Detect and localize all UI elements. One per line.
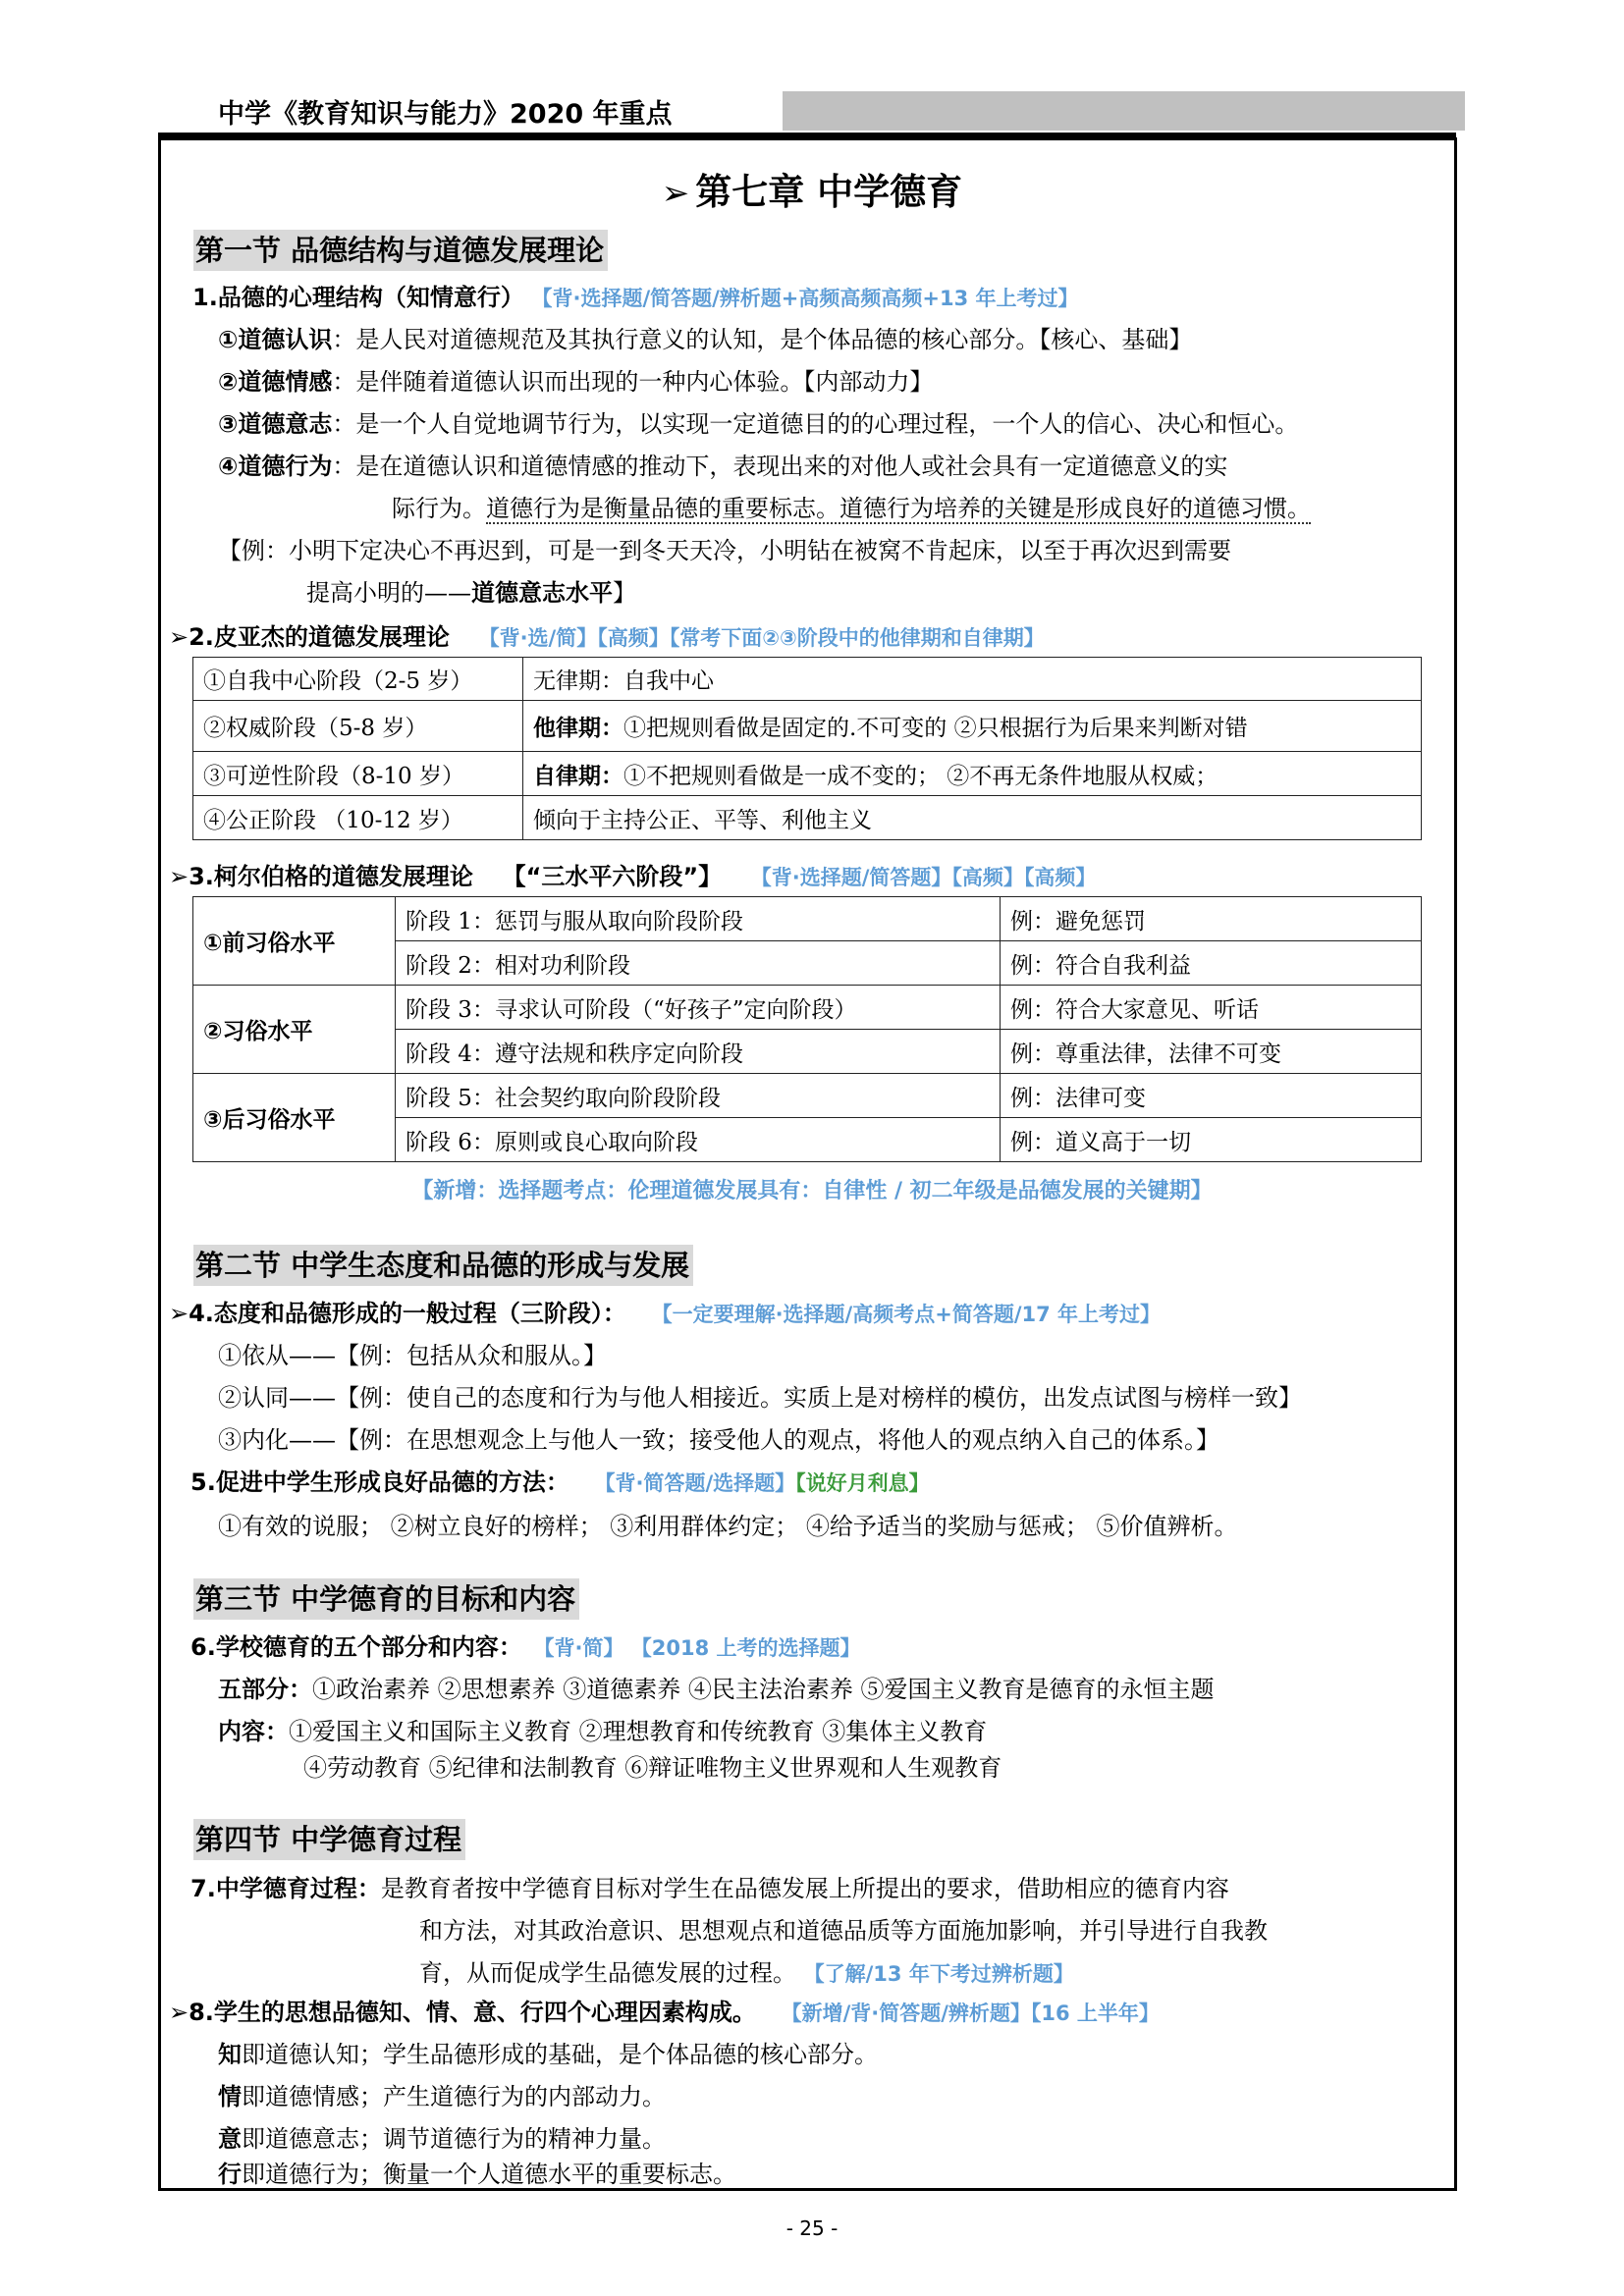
table-row: ②习俗水平 阶段 3：寻求认可阶段（“好孩子”定向阶段） 例：符合大家意见、听话	[193, 986, 1422, 1030]
kohlberg-table: ①前习俗水平 阶段 1：惩罚与服从取向阶段阶段 例：避免惩罚 阶段 2：相对功利…	[192, 896, 1422, 1162]
item-6-title: 6.学校德育的五个部分和内容：	[190, 1633, 522, 1661]
example-line-1: 【例：小明下定决心不再迟到，可是一到冬天天冷，小明钻在被窝不肯起床，以至于再次迟…	[218, 536, 1231, 565]
stage-cell: 阶段 4：遵守法规和秩序定向阶段	[396, 1030, 1001, 1074]
chapter-title-text: 第七章 中学德育	[695, 171, 962, 213]
table-row: ③后习俗水平 阶段 5：社会契约取向阶段阶段 例：法律可变	[193, 1074, 1422, 1118]
factor-text: 即道德情感；产生道德行为的内部动力。	[242, 2083, 666, 2110]
example-cell: 例：道义高于一切	[1001, 1118, 1422, 1162]
item-4-heading: ➢4.态度和品德形成的一般过程（三阶段）： 【一定要理解·选择题/高频考点+简答…	[169, 1299, 1161, 1329]
item-3-subtitle: 【“三水平六阶段”】	[503, 863, 723, 890]
stage-cell: 阶段 2：相对功利阶段	[396, 941, 1001, 986]
stage-internalization: ③内化——【例：在思想观念上与他人一致；接受他人的观点，将他人的观点纳入自己的体…	[218, 1425, 1219, 1455]
table-row: ②权威阶段（5-8 岁） 他律期：①把规则看做是固定的.不可变的 ②只根据行为后…	[193, 701, 1422, 752]
item-2-title: ➢2.皮亚杰的道德发展理论	[169, 623, 450, 651]
factor-text: 即道德认知；学生品德形成的基础，是个体品德的核心部分。	[242, 2041, 878, 2068]
desc-cell: 他律期：①把规则看做是固定的.不可变的 ②只根据行为后果来判断对错	[523, 701, 1422, 752]
term: ②道德情感	[218, 368, 332, 396]
item-1-title: 1.品德的心理结构（知情意行）	[192, 284, 524, 311]
item-6-content-cont: ④劳动教育 ⑤纪律和法制教育 ⑥辩证唯物主义世界观和人生观教育	[303, 1753, 1001, 1783]
factor-emotion: 情即道德情感；产生道德行为的内部动力。	[218, 2082, 666, 2111]
item-8-title: ➢8.学生的思想品德知、情、意、行四个心理因素构成。	[169, 1999, 756, 2026]
header-gray-bar	[783, 91, 1465, 131]
stage-cell: ④公正阶段 （10-12 岁）	[193, 796, 523, 840]
stage-cell: 阶段 6：原则或良心取向阶段	[396, 1118, 1001, 1162]
example-cell: 例：符合大家意见、听话	[1001, 986, 1422, 1030]
item-5-title: 5.促进中学生形成良好品德的方法：	[190, 1468, 569, 1496]
item-1-heading: 1.品德的心理结构（知情意行） 【背·选择题/简答题/辨析题+高频高频高频+13…	[192, 283, 1079, 313]
item-4-tag: 【一定要理解·选择题/高频考点+简答题/17 年上考过】	[652, 1303, 1161, 1326]
item-6-tag: 【背·简】 【2018 上考的选择题】	[533, 1636, 860, 1660]
content-label: 内容：	[218, 1718, 289, 1745]
term: ①道德认识	[218, 326, 332, 353]
desc-cell: 自律期：①不把规则看做是一成不变的； ②不再无条件地服从权威；	[523, 752, 1422, 796]
stage-cell: 阶段 3：寻求认可阶段（“好孩子”定向阶段）	[396, 986, 1001, 1030]
page-number: - 25 -	[0, 2216, 1624, 2240]
point-moral-behavior-cont: 际行为。道德行为是衡量品德的重要标志。道德行为培养的关键是形成良好的道德习惯。	[392, 494, 1311, 523]
factor-knowledge: 知即道德认知；学生品德形成的基础，是个体品德的核心部分。	[218, 2040, 878, 2069]
item-8-heading: ➢8.学生的思想品德知、情、意、行四个心理因素构成。 【新增/背·简答题/辨析题…	[169, 1998, 1160, 2028]
definition: ：是伴随着道德认识而出现的一种内心体验。【内部动力】	[332, 368, 933, 396]
page-header-title: 中学《教育知识与能力》2020 年重点	[218, 92, 673, 131]
item-5-methods: ①有效的说服； ②树立良好的榜样； ③利用群体约定； ④给予适当的奖励与惩戒； …	[218, 1512, 1238, 1541]
parts-label: 五部分：	[218, 1676, 312, 1703]
level-cell: ①前习俗水平	[193, 897, 396, 986]
example-line-2: 提高小明的——道德意志水平】	[306, 578, 636, 608]
item-3-tag: 【背·选择题/简答题】【高频】【高频】	[751, 866, 1097, 889]
factor-key: 知	[218, 2041, 242, 2068]
definition: ：是一个人自觉地调节行为，以实现一定道德目的的心理过程，一个人的信心、决心和恒心…	[332, 410, 1298, 438]
table-row: ①前习俗水平 阶段 1：惩罚与服从取向阶段阶段 例：避免惩罚	[193, 897, 1422, 941]
period-label: 他律期：	[533, 716, 623, 741]
example-cell: 例：避免惩罚	[1001, 897, 1422, 941]
level-cell: ②习俗水平	[193, 986, 396, 1074]
chapter-title: ➢第七章 中学德育	[0, 162, 1624, 215]
item-7-text: 是教育者按中学德育目标对学生在品德发展上所提出的要求，借助相应的德育内容	[381, 1875, 1229, 1902]
stage-identification: ②认同——【例：使自己的态度和行为与他人相接近。实质上是对榜样的模仿，出发点试图…	[218, 1383, 1302, 1413]
section-heading-3: 第三节 中学德育的目标和内容	[193, 1578, 579, 1620]
parts-list: ①政治素养 ②思想素养 ③道德素养 ④民主法治素养 ⑤爱国主义教育是德育的永恒主…	[312, 1676, 1215, 1703]
desc-cell: 倾向于主持公正、平等、利他主义	[523, 796, 1422, 840]
factor-key: 行	[218, 2161, 242, 2188]
item-7-tag: 【了解/13 年下考过辨析题】	[804, 1962, 1074, 1986]
factor-key: 意	[218, 2125, 242, 2153]
factor-key: 情	[218, 2083, 242, 2110]
item-3-title: ➢3.柯尔伯格的道德发展理论	[169, 863, 473, 890]
bracket: 】	[613, 579, 636, 607]
table-row: ④公正阶段 （10-12 岁） 倾向于主持公正、平等、利他主义	[193, 796, 1422, 840]
item-8-tag: 【新增/背·简答题/辨析题】【16 上半年】	[782, 2002, 1160, 2025]
item-2-tag: 【背·选/简】【高频】【常考下面②③阶段中的他律期和自律期】	[479, 626, 1045, 650]
factor-will: 意即道德意志；调节道德行为的精神力量。	[218, 2124, 666, 2154]
item-7-text: 育，从而促成学生品德发展的过程。	[419, 1959, 796, 1987]
stage-cell: 阶段 1：惩罚与服从取向阶段阶段	[396, 897, 1001, 941]
item-5-mnemonic-tag: 【说好月利息】	[795, 1471, 930, 1495]
item-5-tag: 【背·简答题/选择题】	[594, 1471, 795, 1495]
term: ④道德行为	[218, 453, 332, 480]
table-row: ③可逆性阶段（8-10 岁） 自律期：①不把规则看做是一成不变的； ②不再无条件…	[193, 752, 1422, 796]
arrow-bullet-icon: ➢	[662, 174, 690, 213]
item-4-title: ➢4.态度和品德形成的一般过程（三阶段）：	[169, 1300, 626, 1327]
item-1-tag: 【背·选择题/简答题/辨析题+高频高频高频+13 年上考过】	[531, 287, 1078, 310]
table-row: ①自我中心阶段（2-5 岁） 无律期：自我中心	[193, 658, 1422, 701]
item-3-heading: ➢3.柯尔伯格的道德发展理论 【“三水平六阶段”】 【背·选择题/简答题】【高频…	[169, 862, 1096, 892]
period-label: 自律期：	[533, 764, 623, 789]
item-5-heading: 5.促进中学生形成良好品德的方法： 【背·简答题/选择题】【说好月利息】	[190, 1468, 930, 1498]
example-answer: 道德意志水平	[471, 579, 613, 607]
item-6-heading: 6.学校德育的五个部分和内容： 【背·简】 【2018 上考的选择题】	[190, 1632, 861, 1663]
period-desc: 倾向于主持公正、平等、利他主义	[533, 808, 872, 833]
item-7-line-2: 和方法，对其政治意识、思想观点和道德品质等方面施加影响，并引导进行自我教	[419, 1916, 1268, 1946]
example-cell: 例：尊重法律，法律不可变	[1001, 1030, 1422, 1074]
piaget-table: ①自我中心阶段（2-5 岁） 无律期：自我中心 ②权威阶段（5-8 岁） 他律期…	[192, 657, 1422, 840]
factor-behavior: 行即道德行为；衡量一个人道德水平的重要标志。	[218, 2160, 736, 2189]
definition: ：是人民对道德规范及其执行意义的认知，是个体品德的核心部分。【核心、基础】	[332, 326, 1192, 353]
item-3-note: 【新增：选择题考点：伦理道德发展具有：自律性 / 初二年级是品德发展的关键期】	[0, 1174, 1624, 1204]
item-7-line-3: 育，从而促成学生品德发展的过程。 【了解/13 年下考过辨析题】	[419, 1958, 1074, 1989]
level-cell: ③后习俗水平	[193, 1074, 396, 1162]
stage-compliance: ①依从——【例：包括从众和服从。】	[218, 1341, 607, 1370]
stage-cell: ③可逆性阶段（8-10 岁）	[193, 752, 523, 796]
period-desc: ①把规则看做是固定的.不可变的 ②只根据行为后果来判断对错	[623, 716, 1248, 741]
content-list-1: ①爱国主义和国际主义教育 ②理想教育和传统教育 ③集体主义教育	[289, 1718, 987, 1745]
stage-cell: ①自我中心阶段（2-5 岁）	[193, 658, 523, 701]
underlined-key-point: 道德行为是衡量品德的重要标志。道德行为培养的关键是形成良好的道德习惯。	[486, 495, 1311, 524]
factor-text: 即道德意志；调节道德行为的精神力量。	[242, 2125, 666, 2153]
term: ③道德意志	[218, 410, 332, 438]
item-6-content: 内容：①爱国主义和国际主义教育 ②理想教育和传统教育 ③集体主义教育	[218, 1717, 987, 1746]
point-moral-cognition: ①道德认识：是人民对道德规范及其执行意义的认知，是个体品德的核心部分。【核心、基…	[218, 325, 1192, 354]
item-2-heading: ➢2.皮亚杰的道德发展理论 【背·选/简】【高频】【常考下面②③阶段中的他律期和…	[169, 622, 1045, 653]
period-desc: 无律期：自我中心	[533, 668, 714, 694]
point-moral-behavior: ④道德行为：是在道德认识和道德情感的推动下，表现出来的对他人或社会具有一定道德意…	[218, 452, 1227, 481]
definition: ：是在道德认识和道德情感的推动下，表现出来的对他人或社会具有一定道德意义的实	[332, 453, 1227, 480]
desc-cell: 无律期：自我中心	[523, 658, 1422, 701]
point-moral-emotion: ②道德情感：是伴随着道德认识而出现的一种内心体验。【内部动力】	[218, 367, 933, 397]
example-cell: 例：符合自我利益	[1001, 941, 1422, 986]
item-7-line-1: 7.中学德育过程：是教育者按中学德育目标对学生在品德发展上所提出的要求，借助相应…	[190, 1874, 1229, 1903]
continuation: 际行为。	[392, 495, 486, 522]
item-7-title: 7.中学德育过程：	[190, 1875, 381, 1902]
stage-cell: ②权威阶段（5-8 岁）	[193, 701, 523, 752]
point-moral-will: ③道德意志：是一个人自觉地调节行为，以实现一定道德目的的心理过程，一个人的信心、…	[218, 409, 1298, 439]
section-heading-1: 第一节 品德结构与道德发展理论	[193, 230, 608, 271]
stage-cell: 阶段 5：社会契约取向阶段阶段	[396, 1074, 1001, 1118]
period-desc: ①不把规则看做是一成不变的； ②不再无条件地服从权威；	[623, 764, 1218, 789]
section-heading-4: 第四节 中学德育过程	[193, 1819, 465, 1860]
factor-text: 即道德行为；衡量一个人道德水平的重要标志。	[242, 2161, 736, 2188]
example-cell: 例：法律可变	[1001, 1074, 1422, 1118]
example-text: 提高小明的——	[306, 579, 471, 607]
section-heading-2: 第二节 中学生态度和品德的形成与发展	[193, 1245, 693, 1286]
item-6-parts: 五部分：①政治素养 ②思想素养 ③道德素养 ④民主法治素养 ⑤爱国主义教育是德育…	[218, 1675, 1215, 1704]
